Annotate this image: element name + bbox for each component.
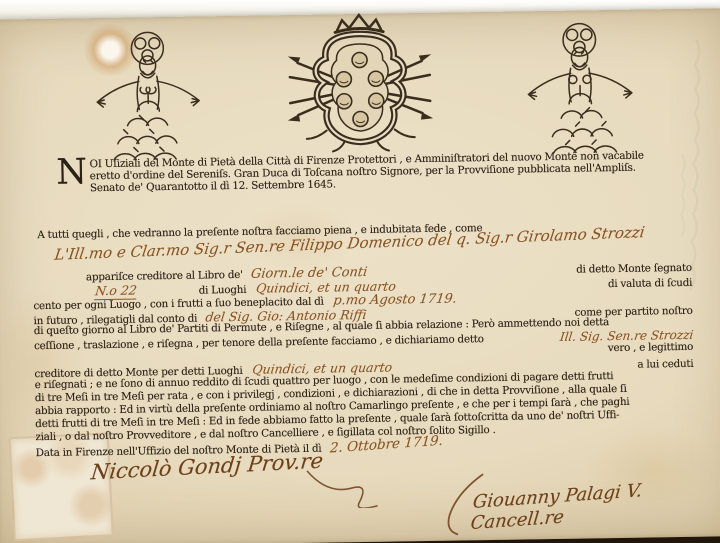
printed-text: vero , e legittimo: [608, 341, 694, 354]
spacer: [484, 341, 560, 342]
drop-cap-initial: N: [56, 158, 90, 186]
woodcut-figure-right: [518, 20, 642, 162]
medici-coat-of-arms: [279, 9, 441, 163]
document-paper: N OI Uſiziali del Monte di Pietà della C…: [0, 8, 720, 543]
signature-chancellor: Giouanny Palagi V. Cancell.re: [470, 475, 720, 535]
signature-flourish: [303, 462, 394, 509]
opening-line-3: Senato de' Quarantotto il dì 12. Settemb…: [90, 178, 336, 194]
document-content: N OI Uſiziali del Monte di Pietà della C…: [0, 0, 720, 543]
woodcut-figure-left: [88, 28, 208, 168]
